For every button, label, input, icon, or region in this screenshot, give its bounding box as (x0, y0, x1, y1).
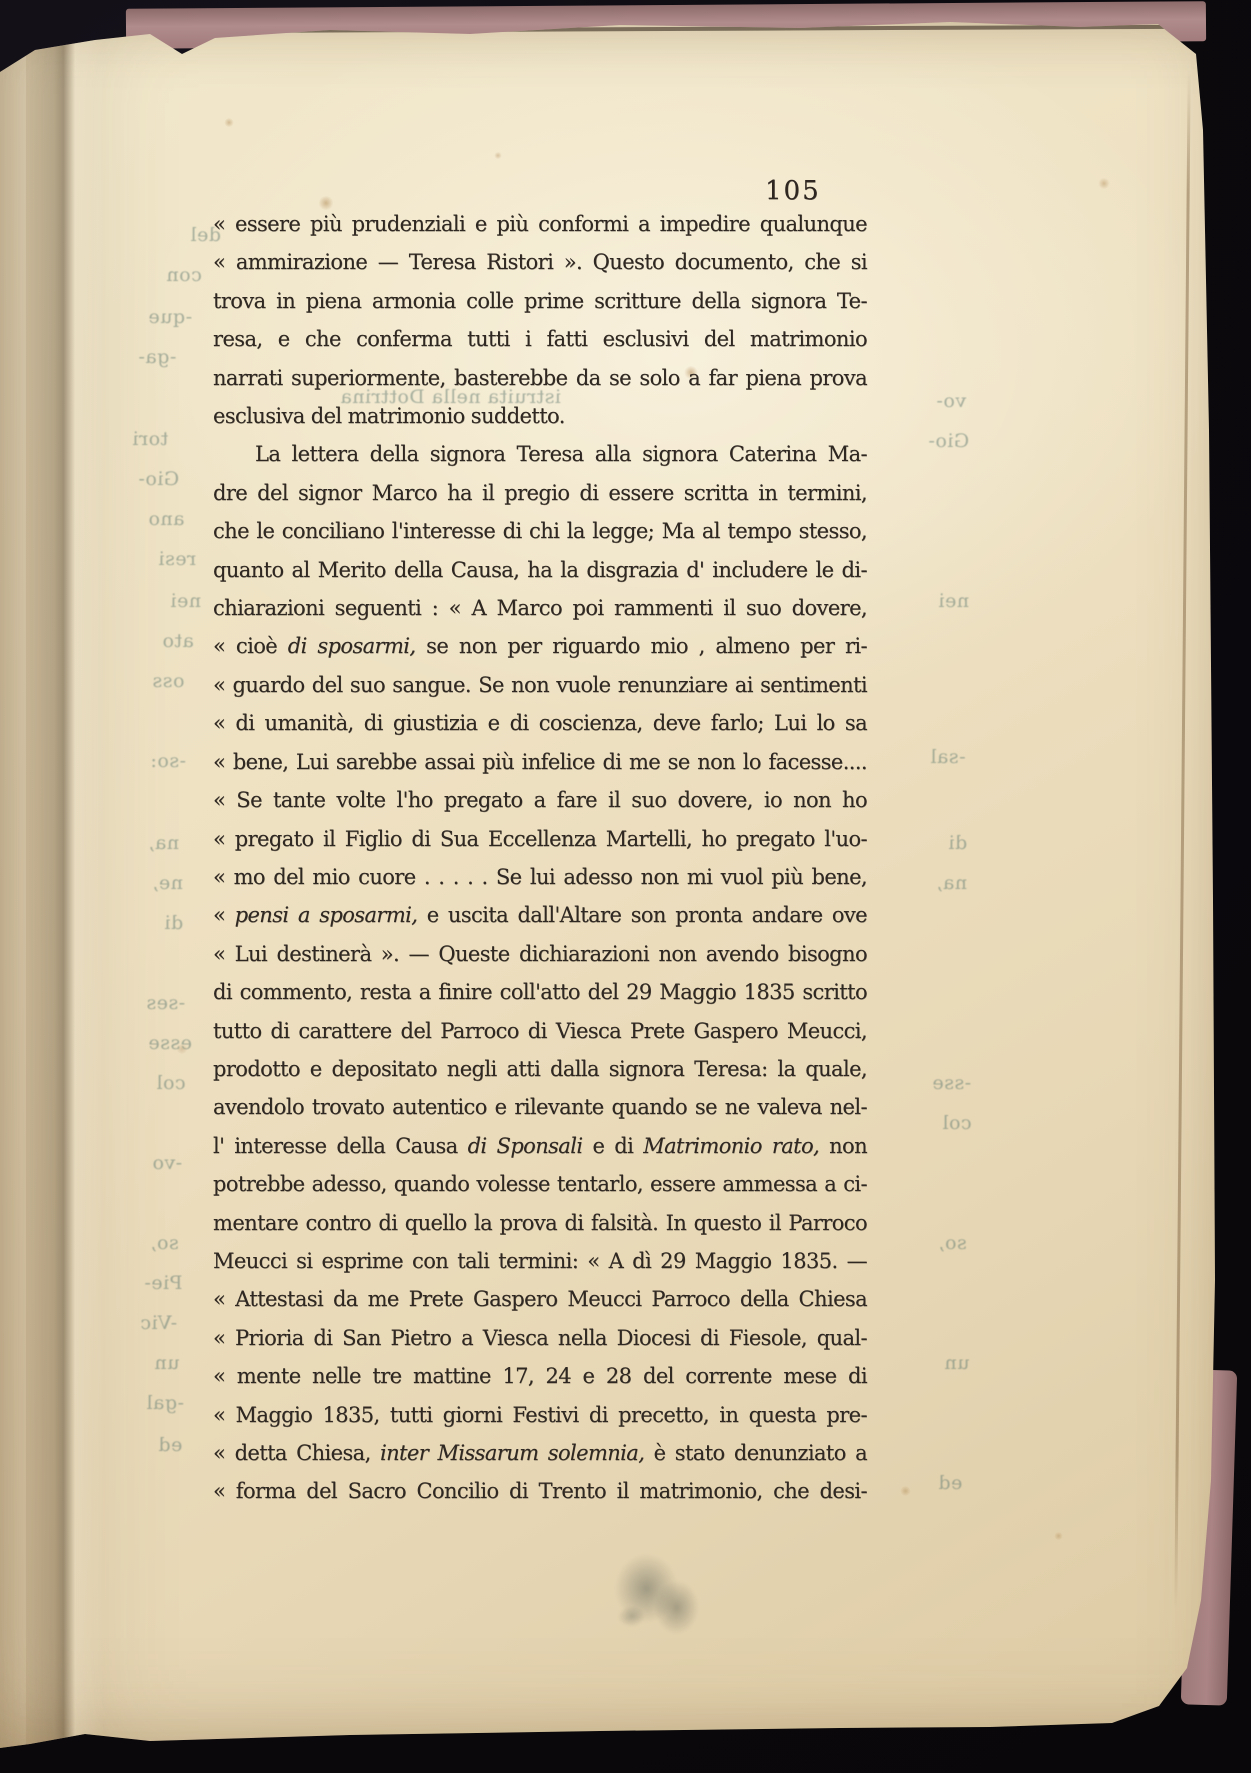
text-line: potrebbe adesso, quando volesse tentarlo… (213, 1165, 867, 1203)
text-line: trova in piena armonia colle prime scrit… (213, 282, 867, 320)
text-line: resa, e che conferma tutti i fatti esclu… (213, 320, 867, 358)
ghost-fragment: so, (150, 1232, 179, 1254)
ghost-fragment: na, (148, 832, 179, 854)
page-number: 105 (765, 176, 821, 206)
text-line: « mente nelle tre mattine 17, 24 e 28 de… (213, 1357, 867, 1395)
text-line: « bene, Lui sarebbe assai più infelice d… (213, 743, 867, 781)
ghost-fragment: -ses (146, 992, 185, 1014)
text-line: che le conciliano l'interesse di chi la … (213, 512, 867, 550)
ghost-fragment: istruita nella Dottrina (340, 386, 561, 408)
ghost-fragment: del (190, 224, 221, 246)
text-line: « Lui destinerà ». — Queste dichiarazion… (213, 935, 867, 973)
ghost-fragment: tori (132, 428, 168, 450)
ghost-fragment: vo- (936, 390, 966, 412)
ghost-fragment: -sse (932, 1072, 971, 1094)
gutter-crease (26, 0, 104, 1773)
ghost-fragment: so, (938, 1232, 967, 1254)
ghost-fragment: ed (938, 1472, 962, 1494)
text-line: « Se tante volte l'ho pregato a fare il … (213, 781, 867, 819)
text-line: mentare contro di quello la prova di fal… (213, 1204, 867, 1242)
ghost-fragment: ato (162, 630, 194, 652)
foxing-stain (494, 152, 502, 159)
under-page-edge-line (1174, 70, 1190, 1610)
text-line: « guardo del suo sangue. Se non vuole re… (213, 666, 867, 704)
ghost-fragment: col (156, 1072, 186, 1094)
ghost-fragment: di (164, 912, 183, 934)
ghost-fragment: ano (148, 508, 185, 530)
text-line: avendolo trovato autentico e rilevante q… (213, 1088, 867, 1126)
ghost-fragment: con (166, 264, 202, 286)
ghost-fragment: -sal (930, 746, 966, 768)
ghost-fragment: -vo (152, 1152, 182, 1174)
ghost-fragment: Gio- (138, 468, 179, 490)
text-line: tutto di carattere del Parroco di Viesca… (213, 1012, 867, 1050)
foxing-stain (1098, 178, 1110, 189)
text-line: « forma del Sacro Concilio di Trento il … (213, 1472, 867, 1510)
text-line: Meucci si esprime con tali termini: « A … (213, 1242, 867, 1280)
ghost-fragment: na, (936, 872, 967, 894)
ghost-fragment: nei (938, 590, 969, 612)
ghost-fragment: -Vic (140, 1312, 177, 1334)
text-line: « di umanità, di giustizia e di coscienz… (213, 704, 867, 742)
ghost-fragment: -so: (150, 750, 186, 772)
foxing-stain (1054, 1532, 1063, 1540)
text-line: « cioè di sposarmi, se non per riguardo … (213, 627, 867, 665)
text-line: « pensi a sposarmi, e uscita dall'Altare… (213, 896, 867, 934)
foxing-stain (224, 118, 234, 127)
text-line: dre del signor Marco ha il pregio di ess… (213, 474, 867, 512)
text-line: quanto al Merito della Causa, ha la disg… (213, 551, 867, 589)
ghost-fragment: -ga- (138, 346, 176, 368)
foxing-stain (900, 1486, 911, 1496)
text-line: « essere più prudenziali e più conformi … (213, 205, 867, 243)
text-line: « Attestasi da me Prete Gaspero Meucci P… (213, 1280, 867, 1318)
ghost-fragment: resi (158, 548, 196, 570)
ghost-fragment: col (942, 1112, 972, 1134)
text-line: « Prioria di San Pietro a Viesca nella D… (213, 1319, 867, 1357)
ghost-fragment: esse (148, 1032, 192, 1054)
ghost-fragment: un (944, 1352, 969, 1374)
ghost-fragment: ne, (152, 872, 183, 894)
ghost-fragment: un (154, 1352, 179, 1374)
ghost-fragment: -que (148, 306, 192, 328)
text-line: « detta Chiesa, inter Missarum solemnia,… (213, 1434, 867, 1472)
text-line: « mo del mio cuore . . . . . Se lui ades… (213, 858, 867, 896)
ghost-fragment: di (948, 832, 967, 854)
text-line: « Maggio 1835, tutti giorni Festivi di p… (213, 1396, 867, 1434)
text-line: « pregato il Figlio di Sua Eccellenza Ma… (213, 820, 867, 858)
text-line: di commento, resta a finire coll'atto de… (213, 973, 867, 1011)
ghost-fragment: Pie- (144, 1272, 183, 1294)
ghost-fragment: nei (170, 590, 201, 612)
text-line: l' interesse della Causa di Sponsali e d… (213, 1127, 867, 1165)
ghost-fragment: oss (152, 670, 184, 692)
smudge-mark (594, 1538, 719, 1650)
ghost-fragment: -gal (146, 1392, 184, 1414)
ghost-fragment: Gio- (928, 430, 969, 452)
text-line: prodotto e depositato negli atti dalla s… (213, 1050, 867, 1088)
text-line: « ammirazione — Teresa Ristori ». Questo… (213, 243, 867, 281)
book-photo-background: 105 « essere più prudenziali e più confo… (0, 0, 1251, 1773)
text-line: La lettera della signora Teresa alla sig… (213, 435, 867, 473)
text-line: chiarazioni seguenti : « A Marco poi ram… (213, 589, 867, 627)
book-page: 105 « essere più prudenziali e più confo… (0, 0, 1251, 1773)
ghost-fragment: ed (158, 1434, 182, 1456)
